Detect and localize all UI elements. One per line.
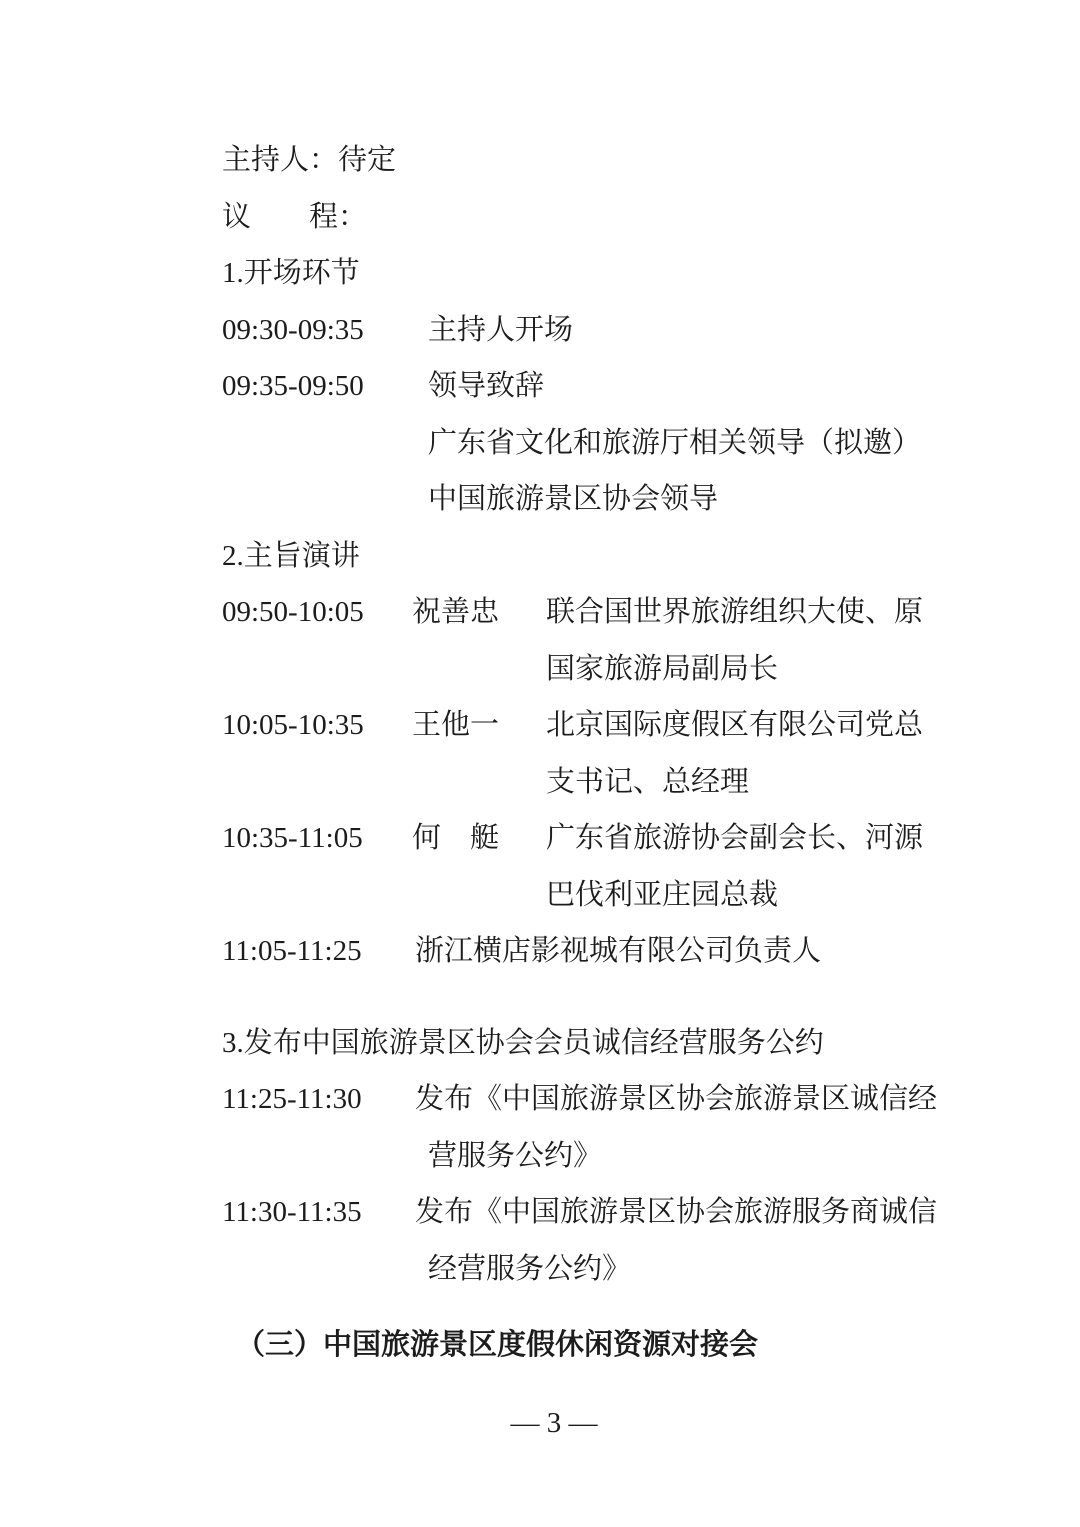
item-2-heading-text: 2.主旨演讲 (222, 528, 1022, 585)
keynote-row: 10:35-11:05 何 艇 广东省旅游协会副会长、河源 (222, 810, 1022, 867)
speaker-title: 联合国世界旅游组织大使、原 (546, 584, 1022, 641)
keynote-row-continuation: 巴伐利亚庄园总裁 (222, 867, 1022, 924)
agenda-row-continuation: 广东省文化和旅游厅相关领导（拟邀） (222, 415, 1022, 472)
speaker-title: 广东省旅游协会副会长、河源 (546, 810, 1022, 867)
speaker-title: 国家旅游局副局长 (546, 641, 1022, 698)
item-1-heading: 1.开场环节 (222, 245, 1022, 302)
session-title: 发布《中国旅游景区协会旅游景区诚信经 (415, 1071, 1022, 1128)
document-page: 主持人：待定 议 程： 1.开场环节 09:30-09:35 主持人开场 09:… (0, 0, 1080, 1527)
item-2-heading: 2.主旨演讲 (222, 528, 1022, 585)
keynote-row: 09:50-10:05 祝善忠 联合国世界旅游组织大使、原 (222, 584, 1022, 641)
item-3-heading: 3.发布中国旅游景区协会会员诚信经营服务公约 (222, 1015, 1022, 1072)
speaker-title: 巴伐利亚庄园总裁 (546, 867, 1022, 924)
host-text: 主持人：待定 (222, 132, 1022, 189)
keynote-row: 11:05-11:25 浙江横店影视城有限公司负责人 (222, 923, 1022, 980)
item-3-heading-text: 3.发布中国旅游景区协会会员诚信经营服务公约 (222, 1015, 1022, 1072)
release-row: 11:30-11:35 发布《中国旅游景区协会旅游服务商诚信 (222, 1184, 1022, 1241)
keynote-row-continuation: 支书记、总经理 (222, 754, 1022, 811)
time-label: 10:35-11:05 (222, 810, 412, 867)
time-label: 09:30-09:35 (222, 302, 428, 359)
time-label: 09:35-09:50 (222, 358, 428, 415)
speaker-title: 支书记、总经理 (546, 754, 1022, 811)
item-1-heading-text: 1.开场环节 (222, 245, 1022, 302)
session-title: 发布《中国旅游景区协会旅游服务商诚信 (415, 1184, 1022, 1241)
time-label: 09:50-10:05 (222, 584, 412, 641)
page-number: — 3 — (14, 1404, 1080, 1442)
host-line: 主持人：待定 (222, 132, 1022, 189)
keynote-row: 10:05-10:35 王他一 北京国际度假区有限公司党总 (222, 697, 1022, 754)
agenda-content: 主持人：待定 议 程： 1.开场环节 09:30-09:35 主持人开场 09:… (222, 132, 1022, 1374)
time-label: 11:05-11:25 (222, 923, 415, 980)
agenda-label-line: 议 程： (222, 189, 1022, 246)
session-detail: 广东省文化和旅游厅相关领导（拟邀） (428, 415, 1022, 472)
time-label: 10:05-10:35 (222, 697, 412, 754)
time-label: 11:30-11:35 (222, 1184, 415, 1241)
agenda-row: 09:35-09:50 领导致辞 (222, 358, 1022, 415)
session-title: 浙江横店影视城有限公司负责人 (415, 923, 1022, 980)
keynote-row-continuation: 国家旅游局副局长 (222, 641, 1022, 698)
agenda-label: 议 程： (222, 189, 1022, 246)
speaker-name: 王他一 (412, 697, 546, 754)
time-label: 11:25-11:30 (222, 1071, 415, 1128)
speaker-name: 何 艇 (412, 810, 546, 867)
release-row: 11:25-11:30 发布《中国旅游景区协会旅游景区诚信经 (222, 1071, 1022, 1128)
session-detail: 经营服务公约》 (428, 1241, 1022, 1298)
session-title: 领导致辞 (428, 358, 1022, 415)
agenda-row: 09:30-09:35 主持人开场 (222, 302, 1022, 359)
speaker-name: 祝善忠 (412, 584, 546, 641)
section-heading: （三）中国旅游景区度假休闲资源对接会 (236, 1317, 1022, 1374)
agenda-row-continuation: 中国旅游景区协会领导 (222, 471, 1022, 528)
session-detail: 营服务公约》 (428, 1128, 1022, 1185)
release-row-continuation: 营服务公约》 (222, 1128, 1022, 1185)
speaker-title: 北京国际度假区有限公司党总 (546, 697, 1022, 754)
release-row-continuation: 经营服务公约》 (222, 1241, 1022, 1298)
session-detail: 中国旅游景区协会领导 (428, 471, 1022, 528)
session-title: 主持人开场 (428, 302, 1022, 359)
